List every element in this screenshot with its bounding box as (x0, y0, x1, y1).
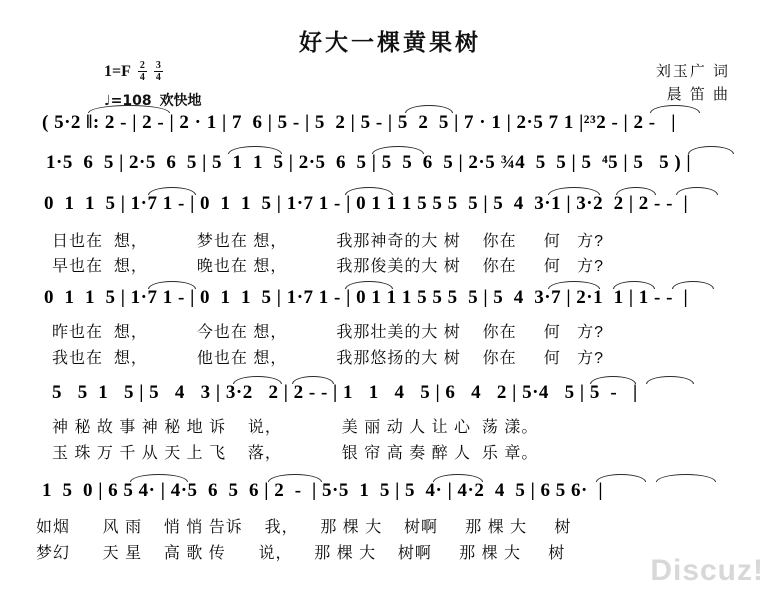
slur-arc (130, 474, 188, 482)
slur-arc (548, 187, 600, 195)
time-signature-2: 3 4 (154, 60, 163, 83)
composer-credit: 晨 笛 曲 (656, 83, 730, 106)
music-line-4: 0 1 1 5 | 1·7 1 - | 0 1 1 5 | 1·7 1 - | … (44, 287, 688, 309)
score-meta: 1=F 2 4 3 4 ♩=108欢快地 (104, 60, 202, 110)
slur-arc (616, 187, 656, 195)
key-label: 1=F (104, 63, 131, 81)
slur-arc (590, 376, 636, 384)
music-line-6: 1 5 0 | 6 5 4· | 4·5 6 5 6 | 2 - | 5·5 1… (42, 480, 603, 502)
lyric-line-1: 日也在 想， 梦也在 想， 我那神奇的大 树 你在 何 方? (52, 228, 604, 251)
slur-arc (613, 281, 655, 289)
slur-arc (646, 376, 694, 384)
lyric-line-7: 如烟 风 雨 悄 悄 告诉 我， 那 棵 大 树啊 那 棵 大 树 (36, 514, 571, 537)
lyricist-credit: 刘玉广 词 (656, 60, 730, 83)
slur-arc (596, 474, 646, 482)
slur-arc (345, 281, 393, 289)
slur-arc (268, 474, 322, 482)
discuz-watermark: Discuz! (650, 554, 764, 588)
lyric-line-3: 昨也在 想， 今也在 想， 我那壮美的大 树 你在 何 方? (52, 319, 604, 342)
lyric-line-2: 早也在 想， 晚也在 想， 我那俊美的大 树 你在 何 方? (52, 253, 604, 276)
slur-arc (676, 187, 718, 195)
slur-arc (650, 105, 700, 113)
lyric-line-6: 玉 珠 万 千 从 天 上 飞 落， 银 帘 高 奏 醉 人 乐 章。 (52, 440, 538, 463)
music-line-1: ( 5·2 ‖: 2 - | 2 - | 2 · 1 | 7 6 | 5 - |… (42, 112, 676, 134)
music-line-5: 5 5 1 5 | 5 4 3 | 3·2 2 | 2 - - | 1 1 4 … (52, 382, 638, 404)
key-signature: 1=F 2 4 3 4 (104, 60, 202, 83)
slur-arc (228, 146, 282, 154)
lyric-line-4: 我也在 想， 他也在 想， 我那悠扬的大 树 你在 何 方? (52, 345, 604, 368)
slur-arc (345, 187, 393, 195)
slur-arc (372, 146, 424, 154)
credits: 刘玉广 词 晨 笛 曲 (656, 60, 730, 106)
song-title: 好大一棵黄果树 (0, 24, 780, 57)
slur-arc (148, 281, 196, 289)
slur-arc (148, 187, 196, 195)
slur-arc (672, 281, 714, 289)
slur-arc (656, 474, 716, 482)
music-line-3: 0 1 1 5 | 1·7 1 - | 0 1 1 5 | 1·7 1 - | … (44, 193, 688, 215)
slur-arc (433, 474, 483, 482)
slur-arc (405, 105, 453, 113)
lyric-line-5: 神 秘 故 事 神 秘 地 诉 说， 美 丽 动 人 让 心 荡 漾。 (52, 414, 538, 437)
slur-arc (688, 146, 734, 154)
slur-arc (292, 376, 334, 384)
slur-arc (548, 281, 600, 289)
mood-text: 欢快地 (160, 93, 202, 109)
music-line-2: 1·5 6 5 | 2·5 6 5 | 5 1 1 5 | 2·5 6 5 | … (46, 152, 691, 174)
slur-arc (233, 376, 282, 384)
lyric-line-8: 梦幻 天 星 高 歌 传 说， 那 棵 大 树啊 那 棵 大 树 (36, 540, 565, 563)
time-signature-1: 2 4 (138, 60, 147, 83)
